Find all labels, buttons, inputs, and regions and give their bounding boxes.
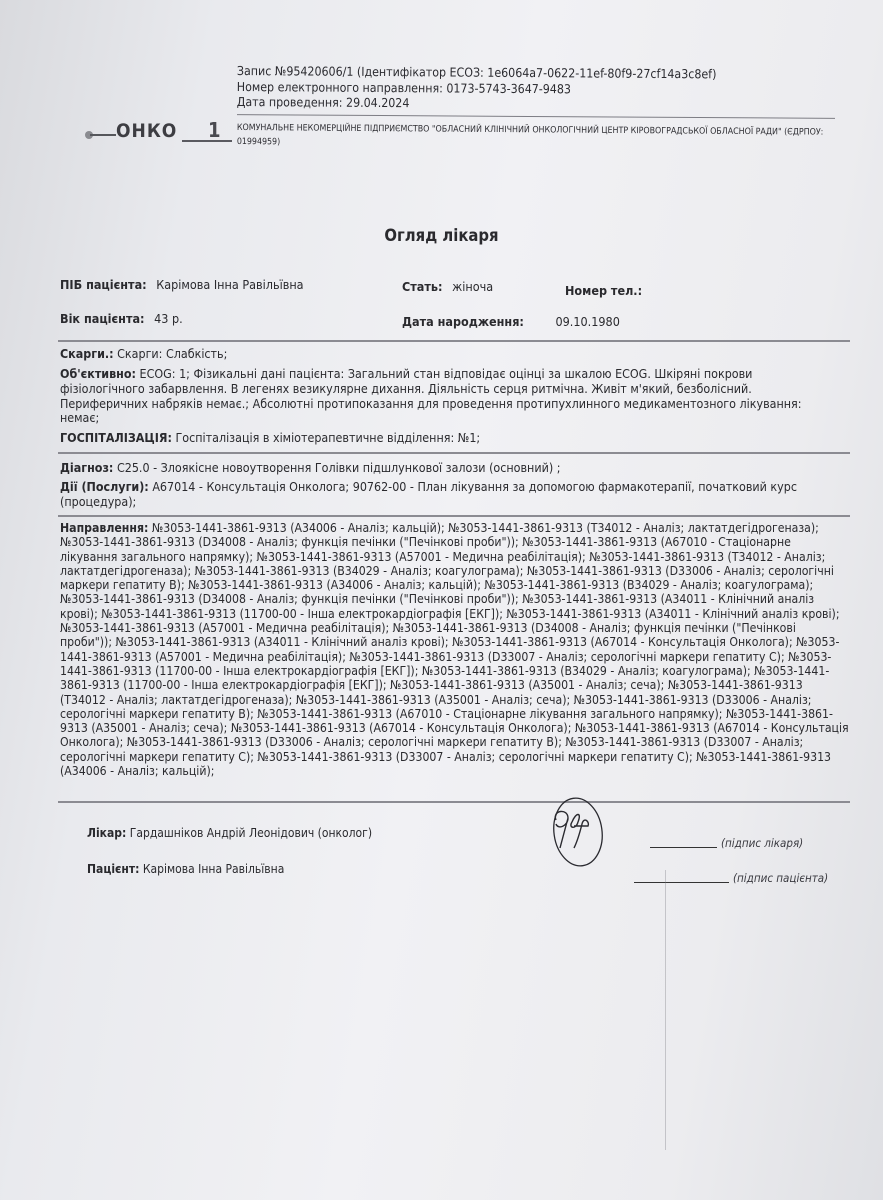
patient-signature-line — [634, 882, 729, 883]
diagnosis-section: Діагноз: C25.0 - Злоякісне новоутворення… — [60, 461, 850, 476]
doctor-label: Лікар: — [87, 826, 126, 840]
referrals-section: Направлення: №3053-1441-3861-9313 (A3400… — [60, 521, 850, 778]
sex-label: Стать: — [402, 279, 443, 294]
header-divider — [237, 114, 835, 119]
patient-name-field: ПІБ пацієнта: Карімова Інна Равільївна — [60, 277, 304, 292]
patient-name-value: Карімова Інна Равільївна — [156, 277, 303, 292]
complaints-section: Скарги.: Скарги: Слабкість; — [60, 347, 850, 362]
divider — [58, 801, 850, 803]
doctor-field: Лікар: Гардашніков Андрій Леонідович (он… — [87, 826, 372, 840]
patient-signature-caption: (підпис пацієнта) — [733, 871, 828, 885]
dob-label: Дата народження: — [402, 314, 524, 329]
doctor-value: Гардашніков Андрій Леонідович (онколог) — [130, 826, 372, 840]
divider — [58, 515, 850, 517]
doctor-signature-caption: (підпис лікаря) — [721, 836, 803, 850]
patient-field: Пацієнт: Карімова Інна Равільївна — [87, 862, 284, 876]
services-label: Дії (Послуги): — [60, 479, 149, 494]
divider — [58, 452, 850, 454]
patient-name-label: ПІБ пацієнта: — [60, 277, 147, 292]
referrals-text: №3053-1441-3861-9313 (A34006 - Аналіз; к… — [60, 521, 849, 778]
organization-name: КОМУНАЛЬНЕ НЕКОМЕРЦІЙНЕ ПІДПРИЄМСТВО "ОБ… — [237, 121, 837, 154]
logo-text: ОНКО — [116, 120, 177, 142]
phone-field: Номер тел.: — [565, 283, 642, 298]
patient-label: Пацієнт: — [87, 862, 139, 876]
dob-value: 09.10.1980 — [556, 314, 620, 329]
hospitalization-text: Госпіталізація в хіміотерапевтичне відді… — [176, 430, 481, 445]
diagnosis-label: Діагноз: — [60, 460, 113, 475]
doctor-signature-line — [650, 847, 717, 848]
exam-date: Дата проведення: 29.04.2024 — [237, 95, 717, 114]
sex-value: жіноча — [452, 279, 493, 294]
services-text: A67014 - Консультація Онколога; 90762-00… — [60, 479, 797, 509]
divider — [58, 340, 850, 342]
hospitalization-section: ГОСПІТАЛІЗАЦІЯ: Госпіталізація в хіміоте… — [60, 431, 850, 446]
complaints-text: Скарги: Слабкість; — [117, 346, 227, 361]
logo-number: 1 — [208, 118, 221, 142]
age-value: 43 р. — [154, 311, 183, 326]
record-header: Запис №95420606/1 (Ідентифікатор ЕСОЗ: 1… — [237, 64, 717, 114]
objective-text: ECOG: 1; Фізикальні дані пацієнта: Загал… — [60, 366, 802, 425]
phone-label: Номер тел.: — [565, 283, 642, 298]
paper-fold — [665, 870, 666, 1150]
document-page: Запис №95420606/1 (Ідентифікатор ЕСОЗ: 1… — [0, 0, 883, 1200]
diagnosis-text: C25.0 - Злоякісне новоутворення Голівки … — [117, 460, 561, 475]
patient-value: Карімова Інна Равільївна — [143, 862, 284, 876]
complaints-label: Скарги.: — [60, 346, 114, 361]
services-section: Дії (Послуги): A67014 - Консультація Онк… — [60, 480, 820, 510]
sex-field: Стать: жіноча — [402, 279, 493, 294]
logo-underline — [182, 140, 232, 142]
age-field: Вік пацієнта: 43 р. — [60, 311, 183, 326]
objective-label: Об'єктивно: — [60, 366, 136, 381]
logo-line-icon — [90, 134, 116, 136]
dob-field: Дата народження: 09.10.1980 — [402, 314, 620, 329]
page-title: Огляд лікаря — [0, 226, 883, 245]
onko-logo: ОНКО 1 — [82, 120, 242, 146]
referrals-label: Направлення: — [60, 521, 148, 535]
age-label: Вік пацієнта: — [60, 311, 145, 326]
hospitalization-label: ГОСПІТАЛІЗАЦІЯ: — [60, 430, 172, 445]
doctor-signature-icon — [538, 796, 618, 871]
objective-section: Об'єктивно: ECOG: 1; Фізикальні дані пац… — [60, 367, 840, 426]
